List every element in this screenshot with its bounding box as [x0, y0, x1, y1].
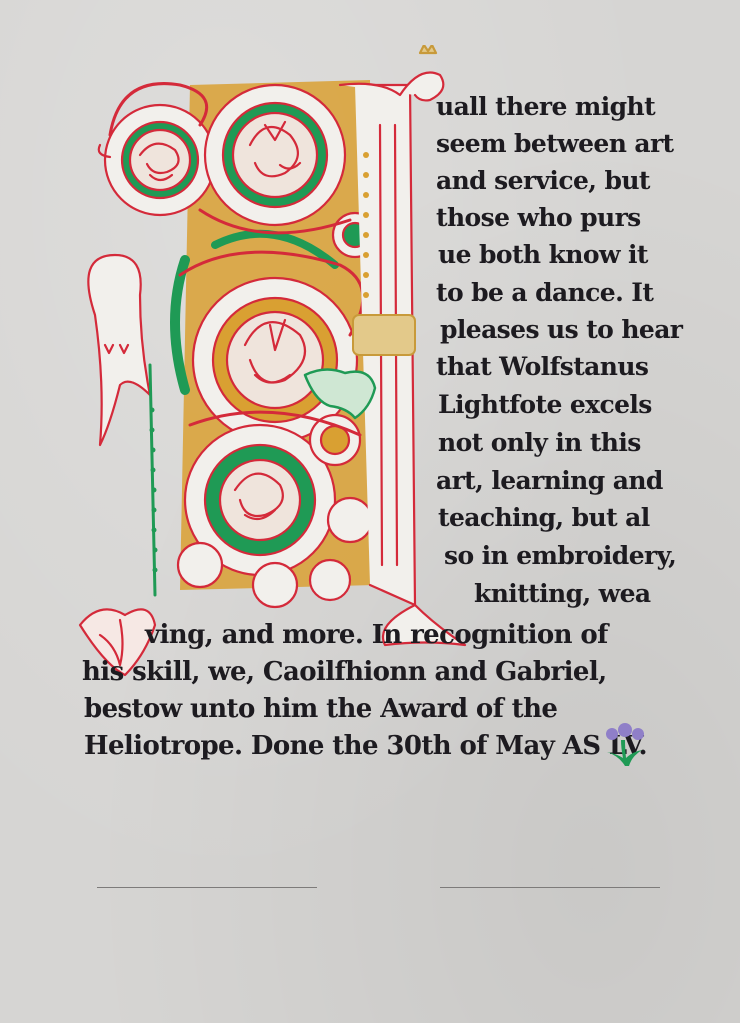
- column-line-13: so in embroidery,: [444, 541, 676, 570]
- full-line-1: ving, and more. In recognition of: [145, 620, 608, 650]
- column-line-8: that Wolfstanus: [436, 352, 648, 381]
- column-line-12: teaching, but al: [438, 503, 650, 532]
- column-line-2: seem between art: [436, 129, 674, 158]
- column-line-9: Lightfote excels: [438, 390, 652, 419]
- left-signature-line: [97, 887, 317, 888]
- full-line-4: Heliotrope. Done the 30th of May AS LV.: [84, 731, 647, 761]
- column-line-5: ue both know it: [438, 240, 648, 269]
- award-scroll: uall there might seem between art and se…: [0, 0, 740, 1023]
- column-line-14: knitting, wea: [474, 579, 650, 608]
- full-line-2: his skill, we, Caoilfhionn and Gabriel,: [82, 657, 607, 687]
- column-line-4: those who purs: [436, 203, 641, 232]
- column-line-7: pleases us to hear: [440, 315, 682, 344]
- column-line-6: to be a dance. It: [436, 278, 653, 307]
- full-line-3: bestow unto him the Award of the: [84, 694, 557, 724]
- column-line-11: art, learning and: [436, 466, 663, 495]
- right-signature-line: [440, 887, 660, 888]
- illuminated-initial-icon: [70, 45, 470, 695]
- column-line-10: not only in this: [438, 428, 641, 457]
- column-line-3: and service, but: [436, 166, 650, 195]
- heliotrope-flower-icon: [600, 722, 650, 768]
- column-line-1: uall there might: [436, 92, 655, 121]
